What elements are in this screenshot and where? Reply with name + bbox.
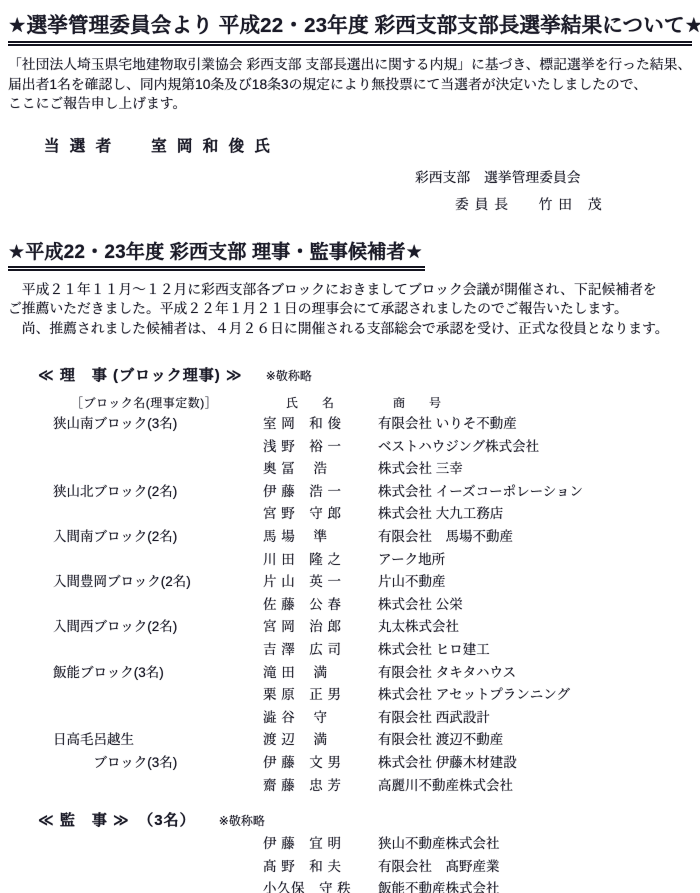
candidates-paragraph: 平成２１年１１月～１２月に彩西支部各ブロックにおきましてブロック会議が開催され、… — [8, 280, 692, 339]
row-block-name — [53, 707, 263, 730]
intro-line-3: ここにご報告申し上げます。 — [8, 94, 692, 114]
row-company-name: ベストハウジング株式会社 — [378, 436, 692, 459]
intro-line-1: 「社団法人埼玉県宅地建物取引業協会 彩西支部 支部長選出に関する内規」に基づき、… — [8, 55, 692, 75]
row-block-name — [53, 639, 263, 662]
table-row: 髙 野 和 夫 有限会社 髙野産業 — [8, 856, 692, 879]
row-person-name: 齋 藤 忠 芳 — [263, 775, 378, 798]
row-company-name: 有限会社 馬場不動産 — [378, 526, 692, 549]
row-block-name — [53, 436, 263, 459]
table-row: 小久保 守 秩 飯能不動産株式会社 — [8, 878, 692, 893]
row-company-name: 有限会社 タキタハウス — [378, 662, 692, 685]
row-company-name: 高麗川不動産株式会社 — [378, 775, 692, 798]
table-row: 澁 谷 守 有限会社 西武設計 — [8, 707, 692, 730]
auditors-table-body: 伊 藤 宜 明 狭山不動産株式会社 髙 野 和 夫 有限会社 髙野産業 小久保 … — [8, 833, 692, 893]
auditors-section-heading: ≪ 監 事 ≫ （3名） ※敬称略 — [38, 809, 692, 830]
column-header-company: 商 号 — [378, 394, 692, 411]
row-person-name: 渡 辺 満 — [263, 729, 378, 752]
row-company-name: 狭山不動産株式会社 — [378, 833, 692, 856]
row-person-name: 宮 野 守 郎 — [263, 503, 378, 526]
row-person-name: 馬 場 準 — [263, 526, 378, 549]
row-block-name: ブロック(3名) — [53, 752, 263, 775]
row-block-name — [53, 684, 263, 707]
table-row: 狭山北ブロック(2名) 伊 藤 浩 一 株式会社 イーズコーポレーション — [8, 481, 692, 504]
table-row: 奥 冨 浩 株式会社 三幸 — [8, 458, 692, 481]
row-person-name: 室 岡 和 俊 — [263, 413, 378, 436]
row-block-name — [53, 549, 263, 572]
row-block-name: 入間南ブロック(2名) — [53, 526, 263, 549]
signature-chairman: 委 員 長 竹 田 茂 — [455, 193, 603, 213]
row-company-name: 株式会社 ヒロ建工 — [378, 639, 692, 662]
column-header-block: ［ブロック名(理事定数)］ — [53, 394, 263, 411]
page-title: ★選挙管理委員会より 平成22・23年度 彩西支部支部長選挙結果について★ — [8, 8, 692, 46]
table-row: 浅 野 裕 一 ベストハウジング株式会社 — [8, 436, 692, 459]
intro-paragraph: 「社団法人埼玉県宅地建物取引業協会 彩西支部 支部長選出に関する内規」に基づき、… — [8, 55, 692, 114]
signature-organization: 彩西支部 選挙管理委員会 — [415, 166, 603, 186]
row-person-name: 川 田 隆 之 — [263, 549, 378, 572]
row-person-name: 伊 藤 浩 一 — [263, 481, 378, 504]
row-block-name — [53, 878, 263, 893]
auditors-heading-note: ※敬称略 — [219, 814, 265, 828]
row-company-name: 有限会社 いりそ不動産 — [378, 413, 692, 436]
row-company-name: 株式会社 アセットプランニング — [378, 684, 692, 707]
row-block-name — [53, 775, 263, 798]
row-block-name: 入間豊岡ブロック(2名) — [53, 571, 263, 594]
row-person-name: 伊 藤 文 男 — [263, 752, 378, 775]
row-person-name: 吉 澤 広 司 — [263, 639, 378, 662]
table-row: 佐 藤 公 春 株式会社 公栄 — [8, 594, 692, 617]
row-block-name — [53, 503, 263, 526]
table-row: 入間西ブロック(2名) 宮 岡 治 郎 丸太株式会社 — [8, 616, 692, 639]
intro-line-2: 届出者1名を確認し、同内規第10条及び18条3の規定により無投票にて当選者が決定… — [8, 75, 692, 95]
row-person-name: 髙 野 和 夫 — [263, 856, 378, 879]
table-row: 入間南ブロック(2名) 馬 場 準 有限会社 馬場不動産 — [8, 526, 692, 549]
table-row: 齋 藤 忠 芳 高麗川不動産株式会社 — [8, 775, 692, 798]
row-company-name: 株式会社 大九工務店 — [378, 503, 692, 526]
candidates-line-2: ご推薦いただきました。平成２２年１月２１日の理事会にて承認されましたのでご報告い… — [8, 299, 692, 319]
column-header-name: 氏 名 — [263, 394, 378, 411]
row-company-name: 飯能不動産株式会社 — [378, 878, 692, 893]
row-person-name: 滝 田 満 — [263, 662, 378, 685]
row-block-name — [53, 458, 263, 481]
table-row: 宮 野 守 郎 株式会社 大九工務店 — [8, 503, 692, 526]
row-person-name: 澁 谷 守 — [263, 707, 378, 730]
signature-block: 彩西支部 選挙管理委員会 委 員 長 竹 田 茂 — [415, 166, 603, 213]
candidates-line-1: 平成２１年１１月～１２月に彩西支部各ブロックにおきましてブロック会議が開催され、… — [8, 280, 692, 300]
directors-heading-text: ≪ 理 事 (ブロック理事) ≫ — [38, 367, 243, 384]
row-person-name: 栗 原 正 男 — [263, 684, 378, 707]
row-person-name: 伊 藤 宜 明 — [263, 833, 378, 856]
table-row: 飯能ブロック(3名) 滝 田 満 有限会社 タキタハウス — [8, 662, 692, 685]
row-company-name: 株式会社 伊藤木材建設 — [378, 752, 692, 775]
row-block-name — [53, 833, 263, 856]
row-company-name: 有限会社 髙野産業 — [378, 856, 692, 879]
directors-table-header: ［ブロック名(理事定数)］ 氏 名 商 号 — [8, 394, 692, 411]
row-company-name: 株式会社 三幸 — [378, 458, 692, 481]
directors-table-body: 狭山南ブロック(3名) 室 岡 和 俊 有限会社 いりそ不動産 浅 野 裕 一 … — [8, 413, 692, 797]
auditors-heading-text: ≪ 監 事 ≫ （3名） — [38, 812, 196, 829]
candidates-line-3: 尚、推薦されました候補者は、４月２６日に開催される支部総会で承認を受け、正式な役… — [8, 319, 692, 339]
row-block-name: 飯能ブロック(3名) — [53, 662, 263, 685]
table-row: 川 田 隆 之 アーク地所 — [8, 549, 692, 572]
row-person-name: 浅 野 裕 一 — [263, 436, 378, 459]
table-row: 吉 澤 広 司 株式会社 ヒロ建工 — [8, 639, 692, 662]
row-company-name: アーク地所 — [378, 549, 692, 572]
table-row: ブロック(3名) 伊 藤 文 男 株式会社 伊藤木材建設 — [8, 752, 692, 775]
table-row: 狭山南ブロック(3名) 室 岡 和 俊 有限会社 いりそ不動産 — [8, 413, 692, 436]
row-person-name: 佐 藤 公 春 — [263, 594, 378, 617]
scanned-document-page: ★選挙管理委員会より 平成22・23年度 彩西支部支部長選挙結果について★ 「社… — [0, 0, 700, 893]
row-person-name: 奥 冨 浩 — [263, 458, 378, 481]
table-row: 栗 原 正 男 株式会社 アセットプランニング — [8, 684, 692, 707]
row-company-name: 有限会社 西武設計 — [378, 707, 692, 730]
row-company-name: 株式会社 イーズコーポレーション — [378, 481, 692, 504]
row-person-name: 片 山 英 一 — [263, 571, 378, 594]
row-block-name: 入間西ブロック(2名) — [53, 616, 263, 639]
row-person-name: 宮 岡 治 郎 — [263, 616, 378, 639]
row-company-name: 有限会社 渡辺不動産 — [378, 729, 692, 752]
row-block-name — [53, 594, 263, 617]
row-company-name: 片山不動産 — [378, 571, 692, 594]
candidates-title: ★平成22・23年度 彩西支部 理事・監事候補者★ — [8, 237, 425, 271]
row-company-name: 丸太株式会社 — [378, 616, 692, 639]
row-company-name: 株式会社 公栄 — [378, 594, 692, 617]
table-row: 伊 藤 宜 明 狭山不動産株式会社 — [8, 833, 692, 856]
row-person-name: 小久保 守 秩 — [263, 878, 378, 893]
row-block-name: 日高毛呂越生 — [53, 729, 263, 752]
directors-section-heading: ≪ 理 事 (ブロック理事) ≫ ※敬称略 — [38, 364, 692, 385]
table-row: 日高毛呂越生 渡 辺 満 有限会社 渡辺不動産 — [8, 729, 692, 752]
row-block-name: 狭山北ブロック(2名) — [53, 481, 263, 504]
directors-heading-note: ※敬称略 — [266, 369, 312, 383]
row-block-name: 狭山南ブロック(3名) — [53, 413, 263, 436]
table-row: 入間豊岡ブロック(2名) 片 山 英 一 片山不動産 — [8, 571, 692, 594]
row-block-name — [53, 856, 263, 879]
winner-line: 当 選 者 室 岡 和 俊 氏 — [44, 134, 692, 156]
